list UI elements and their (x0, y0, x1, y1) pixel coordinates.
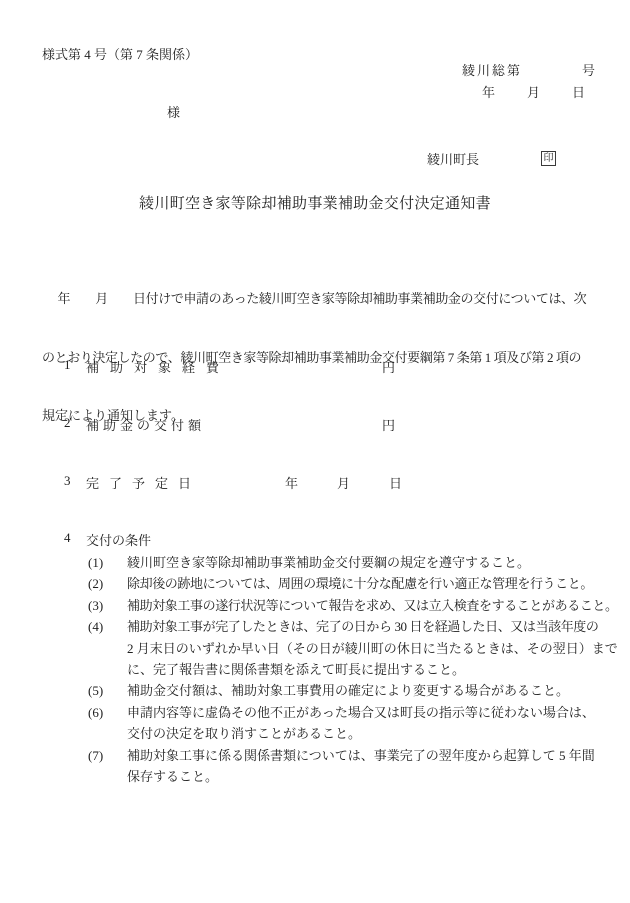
conditions-heading: 4 交付の条件 (0, 530, 630, 548)
seal-stamp-placeholder: 印 (541, 151, 556, 166)
item-row-grant-amount: 2 補助金の交付額 円 (0, 415, 630, 433)
condition-item: (2) 除却後の跡地については、周囲の環境に十分な配慮を行い適正な管理を行うこと… (0, 573, 630, 594)
condition-line: 補助金交付額は、補助対象工事費用の確定により変更する場合があること。 (127, 680, 630, 701)
item-row-subsidy-target-cost: 1 補助対象経費 円 (0, 357, 630, 375)
condition-line: に、完了報告書に関係書類を添えて町長に提出すること。 (127, 659, 630, 680)
body-line: 年 月 日付けで申請のあった綾川町空き家等除却補助事業補助金の交付については、次 (42, 288, 598, 311)
item-label: 完了予定日 (86, 473, 201, 492)
condition-line: 交付の決定を取り消すことがあること。 (127, 723, 630, 744)
document-page: 様式第 4 号（第 7 条関係） 綾川総第 号 年 月 日 様 綾川町長 印 綾… (0, 0, 630, 903)
condition-line: 綾川町空き家等除却補助事業補助金交付要綱の規定を遵守すること。 (127, 552, 630, 573)
item-unit: 円 (382, 415, 395, 434)
condition-line: 2 月末日のいずれか早い日（その日が綾川町の休日に当たるときは、その翌日）まで (127, 638, 630, 659)
condition-item: (4) 補助対象工事が完了したときは、完了の日から 30 日を経過した日、又は当… (0, 616, 630, 680)
section-number: 4 (64, 530, 71, 546)
condition-line: 補助対象工事に係る関係書類については、事業完了の翌年度から起算して 5 年間 (127, 745, 630, 766)
condition-line: 除却後の跡地については、周囲の環境に十分な配慮を行い適正な管理を行うこと。 (127, 573, 630, 594)
condition-item: (5) 補助金交付額は、補助対象工事費用の確定により変更する場合があること。 (0, 680, 630, 701)
condition-line: 補助対象工事の遂行状況等について報告を求め、又は立入検査をすることがあること。 (127, 595, 630, 616)
section-label: 交付の条件 (86, 530, 151, 549)
condition-number: (1) (88, 552, 103, 573)
doc-number-line: 綾川総第 号 (462, 62, 597, 80)
issue-date-line: 年 月 日 (482, 84, 587, 102)
form-number: 様式第 4 号（第 7 条関係） (42, 46, 198, 64)
item-number: 3 (64, 473, 71, 489)
condition-number: (2) (88, 573, 103, 594)
addressee-suffix: 様 (167, 104, 180, 122)
item-date-blanks: 年 月 日 (285, 473, 402, 492)
item-row-completion-date: 3 完了予定日 年 月 日 (0, 473, 630, 491)
condition-number: (7) (88, 745, 103, 766)
conditions-list: (1) 綾川町空き家等除却補助事業補助金交付要綱の規定を遵守すること。 (2) … (0, 552, 630, 787)
issuer-name: 綾川町長 (427, 151, 479, 169)
item-unit: 円 (382, 357, 395, 376)
item-label: 補助対象経費 (86, 357, 230, 376)
condition-number: (4) (88, 616, 103, 637)
condition-number: (6) (88, 702, 103, 723)
condition-item: (7) 補助対象工事に係る関係書類については、事業完了の翌年度から起算して 5 … (0, 745, 630, 788)
condition-number: (3) (88, 595, 103, 616)
item-number: 1 (64, 357, 71, 373)
condition-line: 補助対象工事が完了したときは、完了の日から 30 日を経過した日、又は当該年度の (127, 616, 630, 637)
condition-number: (5) (88, 680, 103, 701)
condition-line: 保存すること。 (127, 766, 630, 787)
condition-item: (6) 申請内容等に虚偽その他不正があった場合又は町長の指示等に従わない場合は、… (0, 702, 630, 745)
condition-line: 申請内容等に虚偽その他不正があった場合又は町長の指示等に従わない場合は、 (127, 702, 630, 723)
item-number: 2 (64, 415, 71, 431)
document-title: 綾川町空き家等除却補助事業補助金交付決定通知書 (0, 195, 630, 213)
condition-item: (1) 綾川町空き家等除却補助事業補助金交付要綱の規定を遵守すること。 (0, 552, 630, 573)
condition-item: (3) 補助対象工事の遂行状況等について報告を求め、又は立入検査をすることがある… (0, 595, 630, 616)
item-label: 補助金の交付額 (86, 415, 205, 434)
